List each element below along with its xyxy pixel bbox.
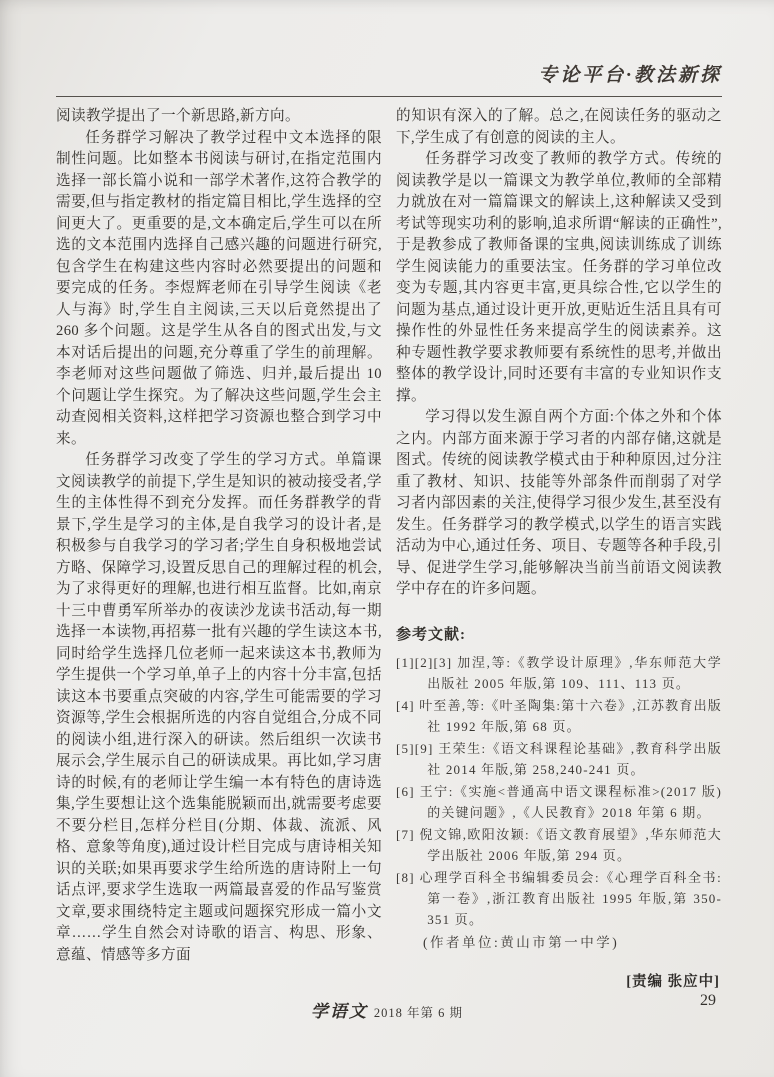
reference-item: [8] 心理学百科全书编辑委员会:《心理学百科全书:第一卷》,浙江教育出版社 1… — [396, 867, 722, 930]
paragraph: 任务群学习改变了学生的学习方式。单篇课文阅读教学的前提下,学生是知识的被动接受者… — [56, 450, 382, 966]
reference-item: [7] 倪文锦,欧阳汝颖:《语文教育展望》,华东师范大学出版社 2006 年版,… — [396, 824, 722, 866]
reference-item: [5][9] 王荣生:《语文科课程论基础》,教育科学出版社 2014 年版,第 … — [396, 738, 722, 780]
right-column: 的知识有深入的了解。总之,在阅读任务的驱动之下,学生成了有创意的阅读的主人。任务… — [396, 106, 722, 991]
issue-info: 2018 年第 6 期 — [374, 1006, 463, 1020]
reference-item: [1][2][3] 加涅,等:《教学设计原理》,华东师范大学出版社 2005 年… — [396, 652, 722, 694]
reference-item: [6] 王宁:《实施<普通高中语文课程标准>(2017 版)的关键问题》,《人民… — [396, 781, 722, 823]
section-title: 专论平台·教法新探 — [322, 60, 722, 87]
reference-item: [4] 叶至善,等:《叶圣陶集:第十六卷》,江苏教育出版社 1992 年版,第 … — [396, 695, 722, 737]
paragraph: 的知识有深入的了解。总之,在阅读任务的驱动之下,学生成了有创意的阅读的主人。 — [396, 106, 722, 149]
paragraph: 任务群学习改变了教师的教学方式。传统的阅读教学是以一篇课文为教学单位,教师的全部… — [396, 149, 722, 407]
paragraph: 学习得以发生源自两个方面:个体之外和个体之内。内部方面来源于学习者的内部存储,这… — [396, 407, 722, 601]
page-footer: 学语文2018 年第 6 期 — [0, 997, 774, 1022]
editor-note: [责编 张应中] — [396, 970, 722, 991]
journal-logo: 学语文 — [311, 1002, 368, 1021]
paragraph: 任务群学习解决了教学过程中文本选择的限制性问题。比如整本书阅读与研讨,在指定范围… — [56, 128, 382, 451]
left-column: 阅读教学提出了一个新思路,新方向。任务群学习解决了教学过程中文本选择的限制性问题… — [56, 106, 382, 991]
references-section: 参考文献: [1][2][3] 加涅,等:《教学设计原理》,华东师范大学出版社 … — [396, 623, 722, 991]
article-body: 阅读教学提出了一个新思路,新方向。任务群学习解决了教学过程中文本选择的限制性问题… — [56, 106, 722, 991]
right-column-paragraphs: 的知识有深入的了解。总之,在阅读任务的驱动之下,学生成了有创意的阅读的主人。任务… — [396, 106, 722, 601]
references-heading: 参考文献: — [396, 623, 722, 644]
references-list: [1][2][3] 加涅,等:《教学设计原理》,华东师范大学出版社 2005 年… — [396, 652, 722, 930]
journal-page: 专论平台·教法新探 阅读教学提出了一个新思路,新方向。任务群学习解决了教学过程中… — [0, 0, 774, 1077]
header-rule — [56, 96, 722, 97]
author-affiliation: (作者单位:黄山市第一中学) — [396, 932, 722, 954]
paragraph: 阅读教学提出了一个新思路,新方向。 — [56, 106, 382, 128]
page-number: 29 — [700, 992, 716, 1010]
